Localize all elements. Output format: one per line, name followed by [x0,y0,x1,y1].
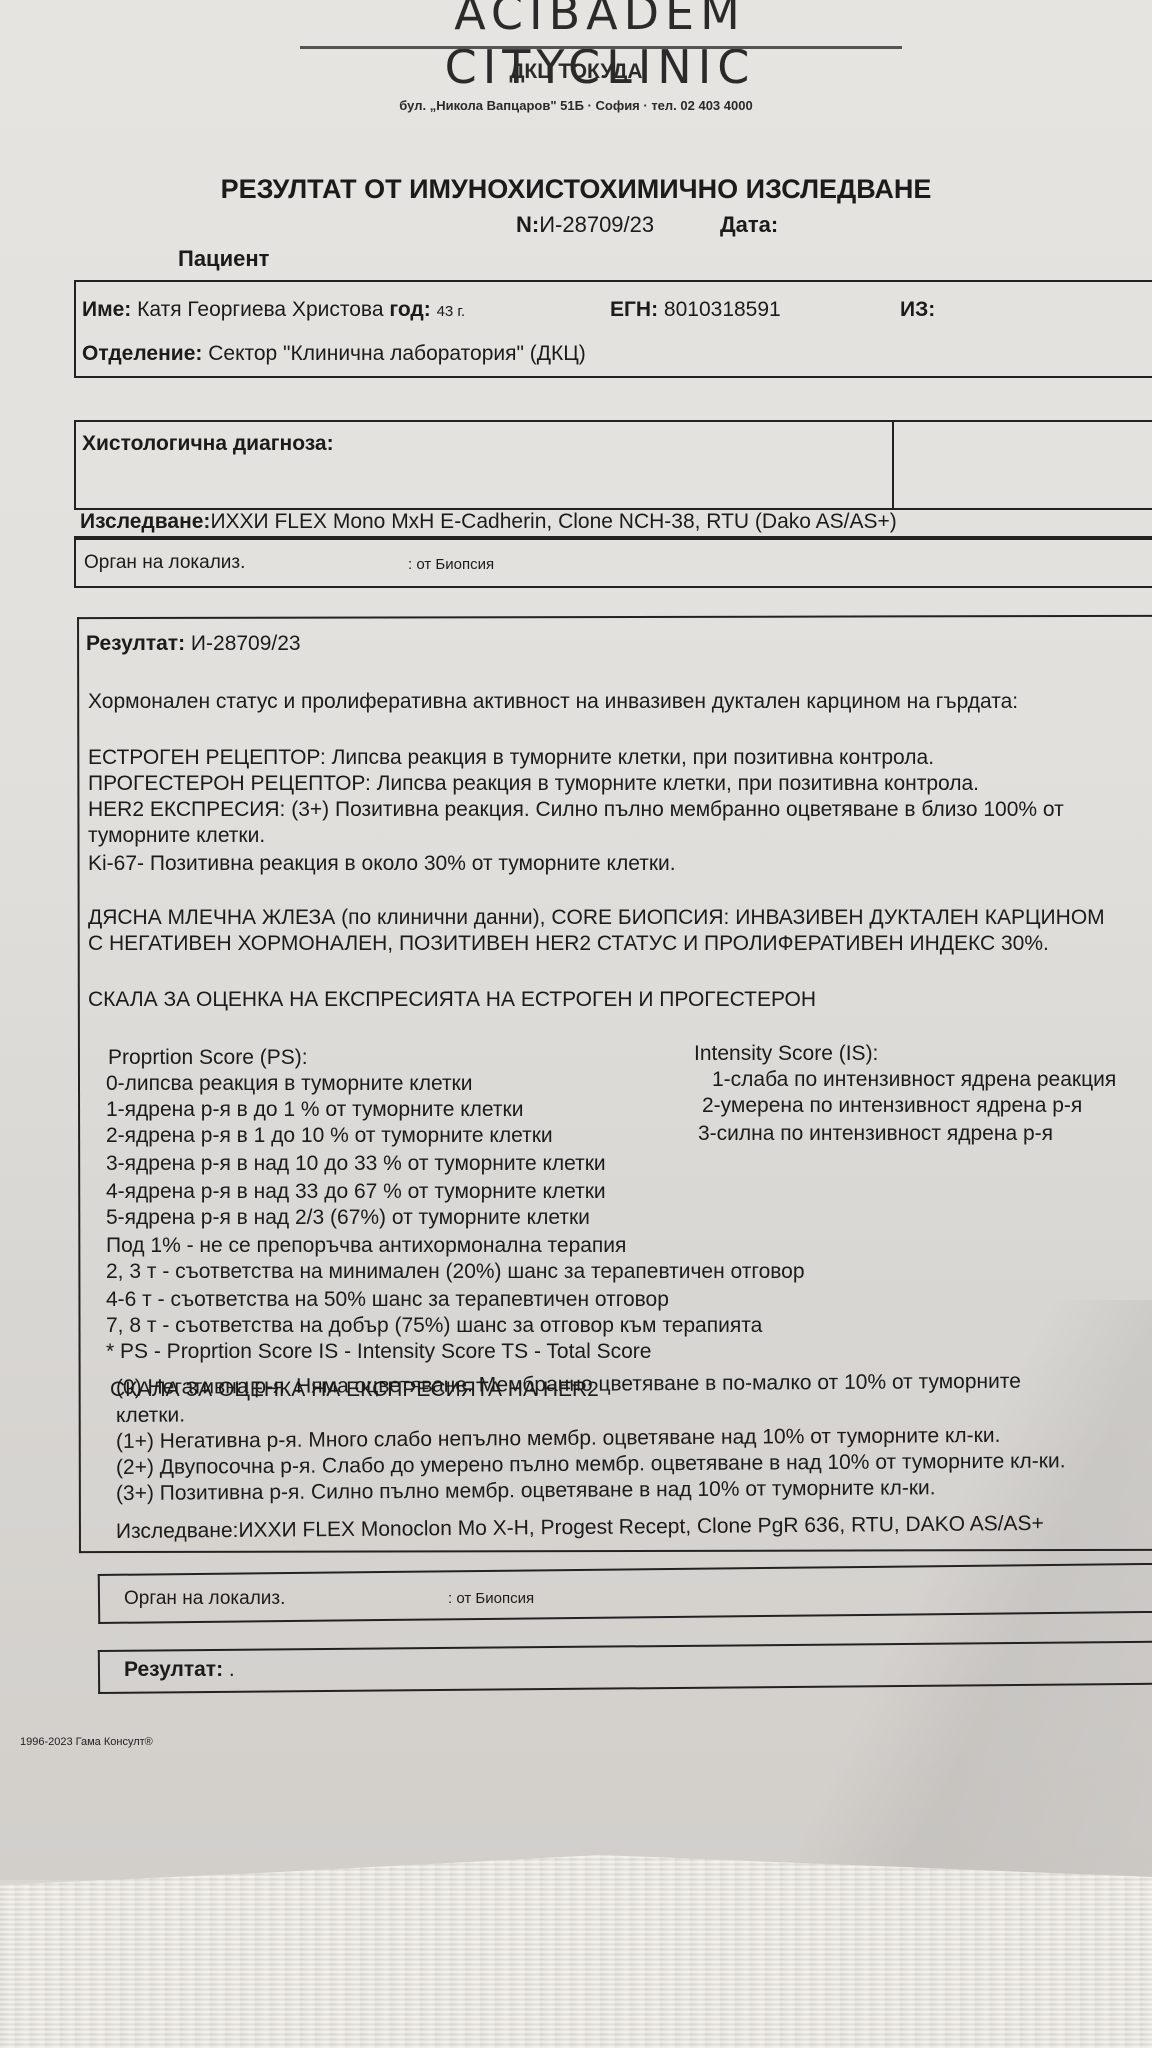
patient-section-label: Пациент [178,246,269,272]
document-title: РЕЗУЛТАТ ОТ ИМУНОХИСТОХИМИЧНО ИЗСЛЕДВАНЕ [0,174,1152,205]
study1-label: Изследване: [80,510,210,533]
age-value: 43 г. [437,303,466,320]
clinic-name: ДКЦ ТОКУДА [0,60,1152,84]
study1-value: ИХХИ FLEX Mono MxH E-Cadherin, Clone NCH… [210,510,896,533]
result2-row: Резултат: . [124,1658,235,1682]
result1-intro: Хормонален статус и пролиферативна актив… [88,690,1018,714]
ps-title: Proprtion Score (PS): [108,1046,308,1070]
document-number-label: N: [516,212,539,237]
logo-divider [300,46,902,49]
her2-item: клетки. [116,1404,185,1428]
department-row: Отделение: Сектор "Клинична лаборатория"… [82,342,586,366]
egn-label: ЕГН: [610,298,658,321]
ps-item: 7, 8 т - съответства на добър (75%) шанс… [106,1314,762,1338]
name-value: Катя Георгиева Христова [137,298,383,321]
textured-surface [0,1855,1152,2048]
from-label: ИЗ: [900,298,935,322]
document-number: N:И-28709/23 [516,212,654,238]
result1-label: Резултат: [86,632,185,655]
is-item-3: 3-силна по интензивност ядрена р-я [698,1122,1053,1146]
result2-box [98,1641,1152,1694]
department-value: Сектор "Клинична лаборатория" (ДКЦ) [208,342,586,365]
is-item-2: 2-умерена по интензивност ядрена р-я [702,1094,1082,1118]
ps-item: 2, 3 т - съответства на минимален (20%) … [106,1260,805,1284]
result1-header: Резултат: И-28709/23 [86,632,301,656]
copyright: 1996-2023 Гама Консулт® [20,1736,153,1748]
ps-item: 2-ядрена р-я в 1 до 10 % от туморните кл… [106,1124,553,1148]
er-pr-scale-title: СКАЛА ЗА ОЦЕНКА НА ЕКСПРЕСИЯТА НА ЕСТРОГ… [88,988,816,1012]
ps-item: 0-липсва реакция в туморните клетки [106,1072,472,1096]
result2-label: Резултат: [124,1658,223,1681]
conclusion-line-1: ДЯСНА МЛЕЧНА ЖЛЕЗА (по клинични данни), … [88,906,1105,930]
study2-organ-label: Орган на локализ. [124,1588,285,1610]
result2-value: . [229,1658,235,1681]
is-item-1: 1-слаба по интензивност ядрена реакция [712,1068,1116,1092]
egn-value: 8010318591 [664,298,781,321]
finding-ki67: Ki-67- Позитивна реакция в около 30% от … [88,852,676,876]
ps-item: 3-ядрена р-я в над 10 до 33 % от туморни… [106,1152,606,1176]
ps-item: Под 1% - не се препоръчва антихормонална… [106,1234,626,1258]
ps-item: * PS - Proprtion Score IS - Intensity Sc… [106,1340,651,1364]
finding-her2: HER2 ЕКСПРЕСИЯ: (3+) Позитивна реакция. … [88,798,1064,822]
ps-item: 5-ядрена р-я в над 2/3 (67%) от туморнит… [106,1206,590,1230]
age-label: год: [389,298,430,321]
result1-number: И-28709/23 [191,632,301,655]
ps-item: 4-ядрена р-я в над 33 до 67 % от туморни… [106,1180,606,1204]
finding-her2-cont: туморните клетки. [88,824,265,848]
is-title: Intensity Score (IS): [694,1042,878,1066]
histology-divider [892,420,894,508]
date-label: Дата: [720,212,778,238]
study1-row: Изследване:ИХХИ FLEX Mono MxH E-Cadherin… [80,510,897,534]
clinic-address: бул. „Никола Вапцаров" 51Б · София · тел… [0,98,1152,113]
document-number-value: И-28709/23 [539,212,654,237]
patient-name-row: Име: Катя Георгиева Христова год: 43 г. [82,298,465,322]
egn-row: ЕГН: 8010318591 [610,298,781,322]
study1-organ-label: Орган на локализ. [84,552,245,574]
histology-label: Хистологична диагноза: [82,432,334,456]
department-label: Отделение: [82,342,202,365]
ps-item: 4-6 т - съответства на 50% шанс за терап… [106,1288,669,1312]
name-label: Име: [82,298,131,321]
ps-item: 1-ядрена р-я в до 1 % от туморните клетк… [106,1098,523,1122]
study2-label: Изследване: [116,1519,239,1543]
finding-er: ЕСТРОГЕН РЕЦЕПТОР: Липсва реакция в тумо… [88,746,934,770]
study2-organ-value: : от Биопсия [448,1590,534,1607]
conclusion-line-2: С НЕГАТИВЕН ХОРМОНАЛЕН, ПОЗИТИВЕН HER2 С… [88,932,1049,956]
finding-pr: ПРОГЕСТЕРОН РЕЦЕПТОР: Липсва реакция в т… [88,772,979,796]
study1-organ-value: : от Биопсия [408,556,494,573]
